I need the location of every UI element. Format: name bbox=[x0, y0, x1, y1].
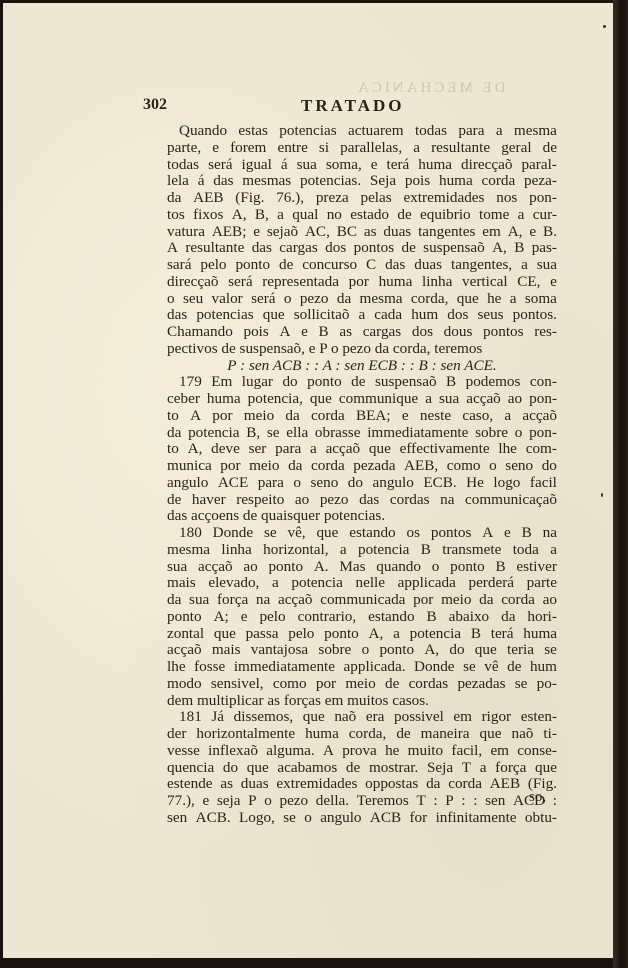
text-line: anguloACEparaosenodoanguloECB.Helogofaci… bbox=[167, 475, 557, 492]
text-line: das acçoens de quaisquer potencias. bbox=[167, 508, 557, 525]
text-line: lelaádasmesmaspotencias.Sejapoishumacord… bbox=[167, 173, 557, 190]
text-line: vaturaAEB;esejaõAC,BCasduastangentesemA,… bbox=[167, 224, 557, 241]
text-line: daAEB(Fig.76.),prezapelasextremidadesnos… bbox=[167, 190, 557, 207]
body-text: Quandoestaspotenciasactuaremtodasparaame… bbox=[167, 123, 557, 827]
text-line: P : sen ACB : : A : sen ECB : : B : sen … bbox=[167, 358, 557, 375]
text-line: Quandoestaspotenciasactuaremtodasparaame… bbox=[167, 123, 557, 140]
text-line: tosfixosA,B,aqualnoestadodeequibriotomea… bbox=[167, 207, 557, 224]
text-line: municapormeiodacordapezadaAEB,comoosenod… bbox=[167, 458, 557, 475]
text-line: toApormeiodacordaBEA;enestecaso,aacçaõ bbox=[167, 408, 557, 425]
page-header: 302 TRATADO bbox=[143, 96, 563, 116]
text-line: ChamandopoisAeBascargasdosdouspontosres- bbox=[167, 324, 557, 341]
text-line: dehaverrespeitoaopezodascordasnacommunic… bbox=[167, 492, 557, 509]
text-line: dapotenciaB,seellaobrasseimmediatamentes… bbox=[167, 425, 557, 442]
text-line: maiselevado,apotencianelleapplicadaperde… bbox=[167, 575, 557, 592]
text-line: pectivos de suspensaõ, e P o pezo da cor… bbox=[167, 341, 557, 358]
bleed-through-title: DE MECHANICA bbox=[355, 80, 506, 97]
paper-speck bbox=[601, 493, 603, 497]
text-line: todasseráigualásuasoma,eteráhumadirecçaõ… bbox=[167, 157, 557, 174]
text-line: derhorizontalmentehumacorda,demaneiraque… bbox=[167, 726, 557, 743]
text-line: 179EmlugardopontodesuspensaõBpodemoscon- bbox=[167, 374, 557, 391]
text-line: mesmalinhahorizontal,apotenciaBtransmete… bbox=[167, 542, 557, 559]
text-line: direcçaõserárepresentadaporhumalinhavert… bbox=[167, 274, 557, 291]
running-title: TRATADO bbox=[301, 96, 405, 116]
text-line: Aresultantedascargasdospontosdesuspensaõ… bbox=[167, 240, 557, 257]
text-line: acçaõmaisvantajosasobreopontoA,doqueteri… bbox=[167, 642, 557, 659]
text-line: dasuaforçanaacçaõcommunicadapormeiodacor… bbox=[167, 592, 557, 609]
text-line: toA,deveserparaaacçaõqueeffectivamentelh… bbox=[167, 441, 557, 458]
text-line: daspotenciasquesollicitaõacadahumdosseus… bbox=[167, 307, 557, 324]
text-line: pontoA;epelocontrario,estandoBabaixodaho… bbox=[167, 609, 557, 626]
text-line: lhefosseimmediatamenteapplicada.Dondesev… bbox=[167, 659, 557, 676]
text-line: 181Jádissemos,quenaõerapossivelemrigores… bbox=[167, 709, 557, 726]
text-line: 180Dondesevê,queestandoospontosAeBna bbox=[167, 525, 557, 542]
text-line: senACB.Logo,seoanguloACBforinfinitamente… bbox=[167, 810, 557, 827]
text-line: ceberhumapotencia,quecommuniqueasuaacçaõ… bbox=[167, 391, 557, 408]
page-number: 302 bbox=[143, 96, 167, 114]
catchword: so, bbox=[529, 789, 546, 806]
text-line: quenciadoqueacabamosdemostrar.SejaTaforç… bbox=[167, 760, 557, 777]
book-spine-shadow bbox=[613, 0, 628, 968]
text-line: 77.),esejaPopezodella.TeremosT:P::senACD… bbox=[167, 793, 557, 810]
paper-speck bbox=[603, 25, 606, 28]
text-line: suaacçaõaopontoA.MasquandoopontoBestiver bbox=[167, 559, 557, 576]
text-line: vesseinflexaõalguma.Aprovahemuitofacil,e… bbox=[167, 743, 557, 760]
text-line: dem multiplicar as forças em muitos caso… bbox=[167, 693, 557, 710]
text-line: zontalquepassapelopontoA,apotenciaBteráh… bbox=[167, 626, 557, 643]
text-line: estendeasduasextremidadesoppostasdacorda… bbox=[167, 776, 557, 793]
text-line: parte,eforementresiparallelas,aresultant… bbox=[167, 140, 557, 157]
text-line: oseuvalorseráopezodamesmacorda,queheasom… bbox=[167, 291, 557, 308]
text-line: modosensivel,comopormeiodecordaspezadass… bbox=[167, 676, 557, 693]
book-page: DE MECHANICA 302 TRATADO Quandoestaspote… bbox=[3, 3, 613, 958]
text-line: sarápelopontodeconcursoCdasduastangentes… bbox=[167, 257, 557, 274]
